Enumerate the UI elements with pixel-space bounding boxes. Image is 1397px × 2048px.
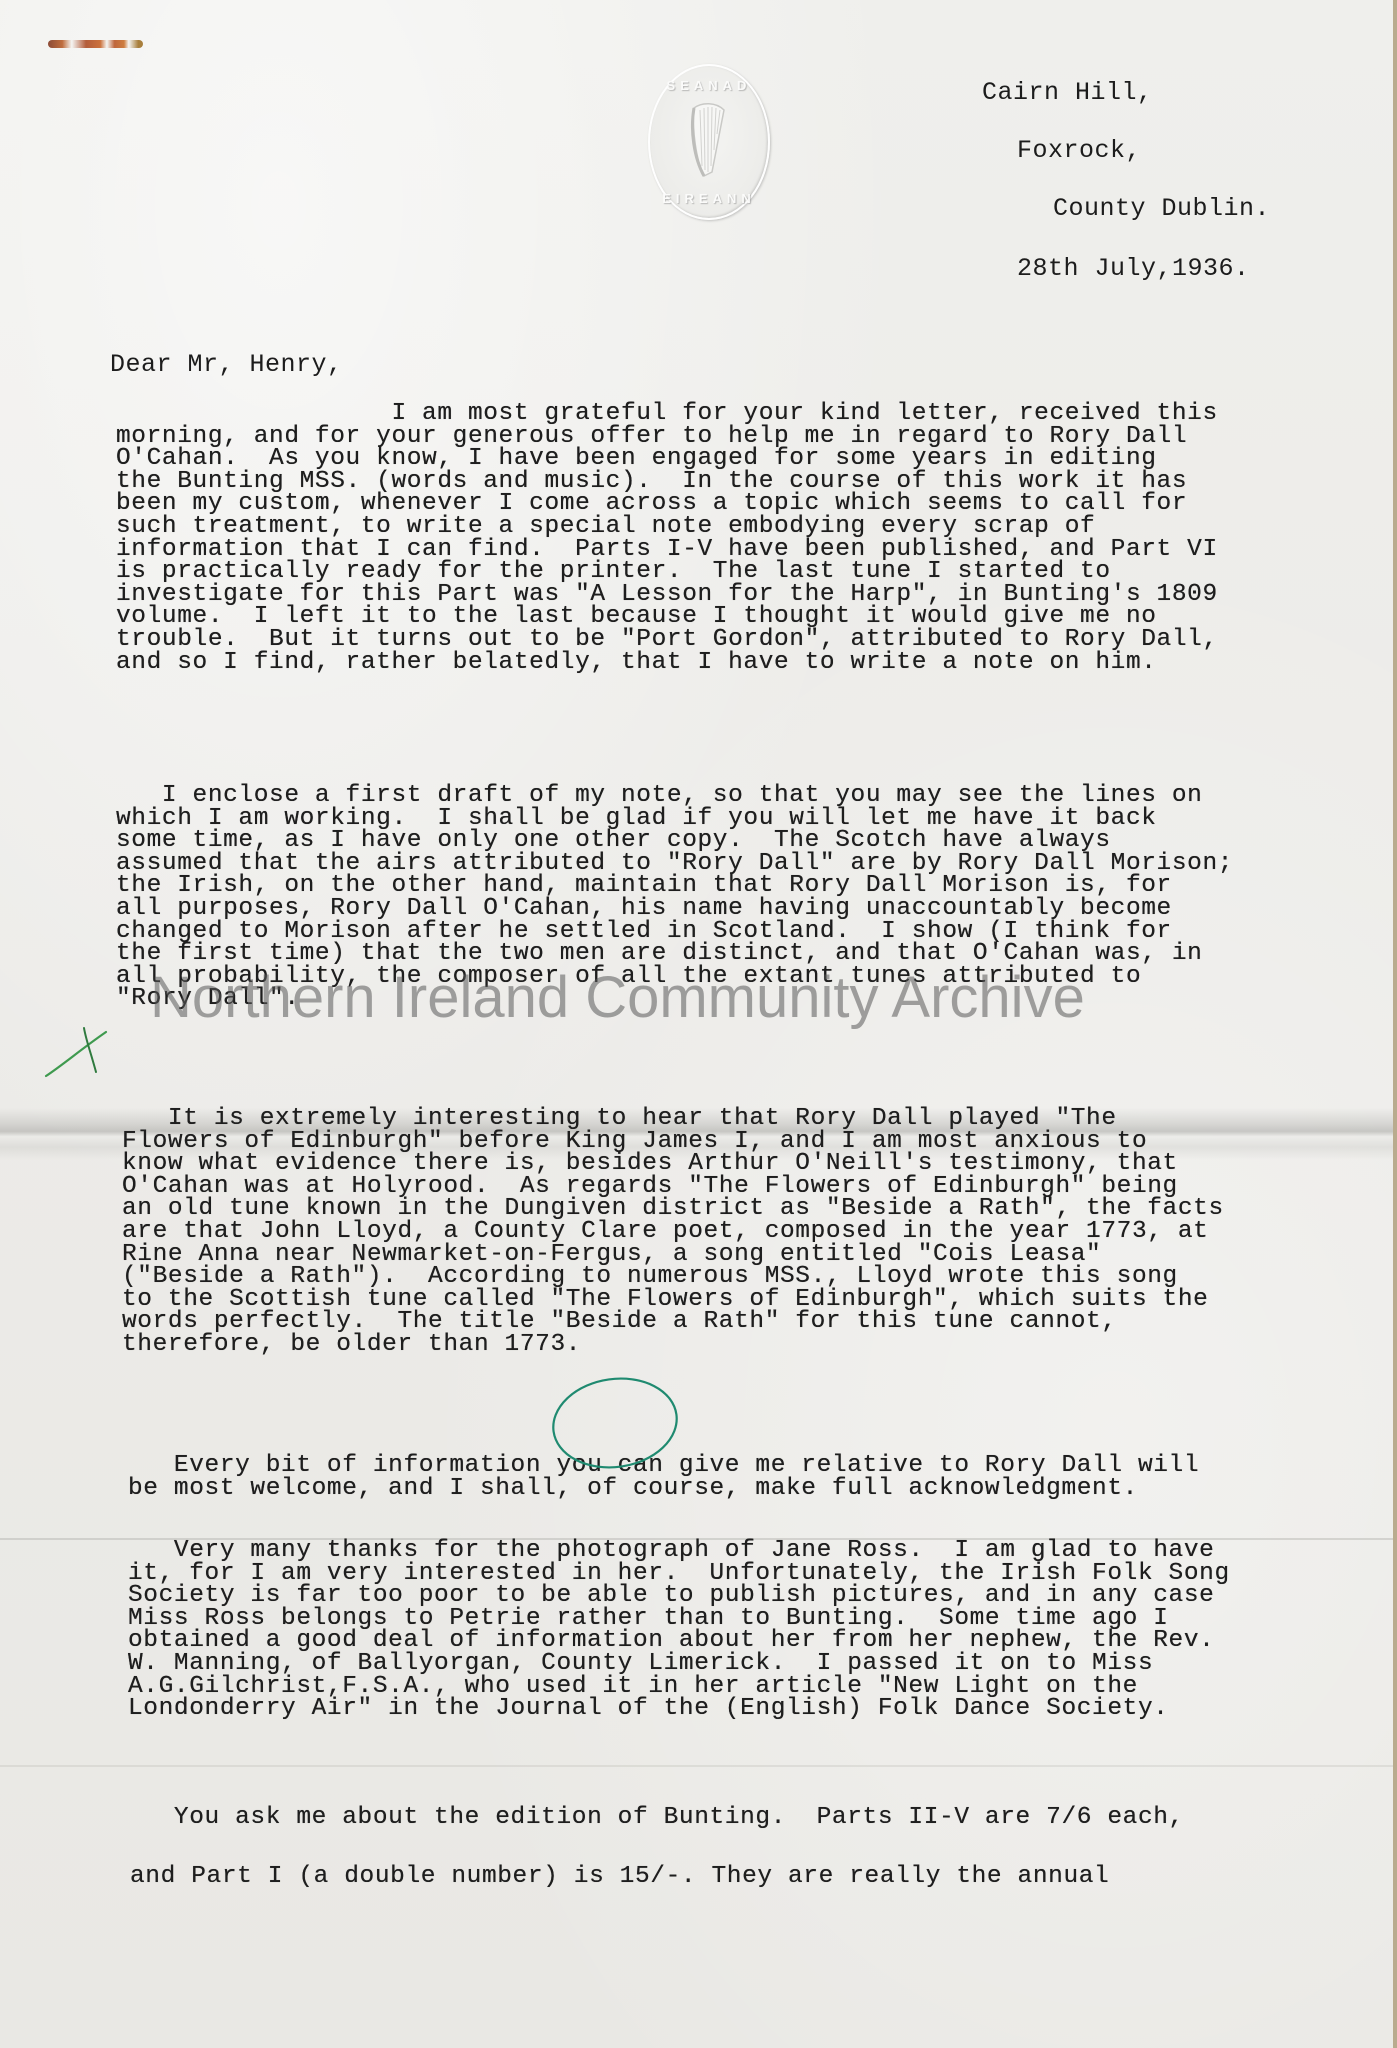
circle-annotation [545,1373,685,1473]
seal-bottom-text: EIREANN [650,191,768,206]
text-line: therefore, be older than 1773. [122,1334,1224,1357]
text-line: and Part I (a double number) is 15/-. Th… [130,1866,1109,1889]
paragraph-7: and Part I (a double number) is 15/-. Th… [130,1866,1109,1889]
address-line-3: County Dublin. [1053,194,1270,223]
letter-page: SEANAD EIREANN Cairn Hill, Foxrock, Coun… [0,0,1397,2048]
seanad-eireann-seal: SEANAD EIREANN [648,64,770,220]
text-line: be most welcome, and I shall, of course,… [128,1478,1199,1501]
harp-icon [686,100,730,180]
text-line: Londonderry Air" in the Journal of the (… [128,1698,1230,1721]
text-line: You ask me about the edition of Bunting.… [128,1807,1184,1830]
paragraph-1: I am most grateful for your kind letter,… [116,403,1218,674]
seal-top-text: SEANAD [650,78,768,93]
paragraph-3: It is extremely interesting to hear that… [122,1108,1224,1357]
letter-date: 28th July,1936. [1017,254,1250,283]
rust-stain [48,40,143,48]
salutation: Dear Mr, Henry, [110,350,343,379]
x-mark-icon [40,1020,110,1080]
address-line-2: Foxrock, [1017,136,1141,165]
paragraph-5: Very many thanks for the photograph of J… [128,1540,1230,1721]
paper-crease [0,1765,1393,1767]
archive-watermark: Northern Ireland Community Archive [150,964,1085,1031]
address-line-1: Cairn Hill, [982,78,1153,107]
paragraph-6: You ask me about the edition of Bunting.… [128,1807,1184,1830]
text-line: and so I find, rather belatedly, that I … [116,652,1218,675]
